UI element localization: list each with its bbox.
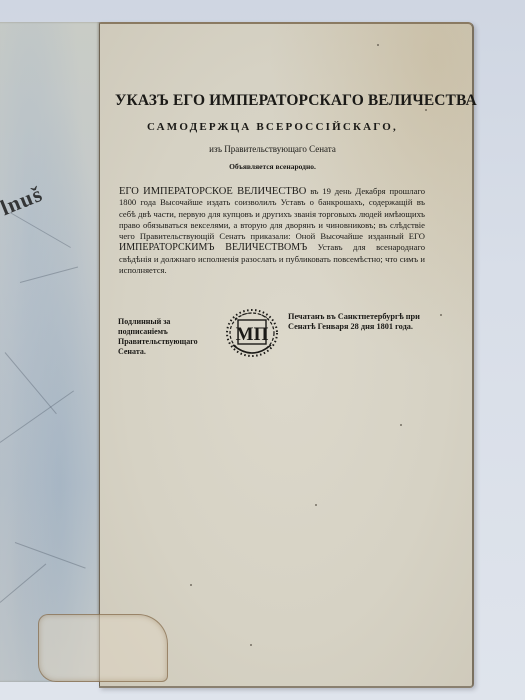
marbled-cover-page <box>0 22 100 682</box>
decree-subtitle: САМОДЕРЖЦА ВСЕРОССІЙСКАГО, <box>115 120 430 134</box>
decree-footer: Подлинный за подписаніемъ Правительствую… <box>118 305 428 365</box>
announcement-line: Объявляется всенародно. <box>115 161 430 172</box>
foxing-speck <box>190 584 192 586</box>
decree-title: УКАЗЪ ЕГО ИМПЕРАТОРСКАГО ВЕЛИЧЕСТВА <box>115 92 430 110</box>
foxing-speck <box>315 504 317 506</box>
decree-body: ЕГО ИМПЕРАТОРСКОЕ ВЕЛИЧЕСТВО въ 19 день … <box>119 186 425 276</box>
decree-text: УКАЗЪ ЕГО ИМПЕРАТОРСКАГО ВЕЛИЧЕСТВА САМО… <box>115 92 430 276</box>
marble-vein <box>15 542 86 569</box>
marble-vein <box>5 352 57 414</box>
old-tape-repair <box>38 614 168 682</box>
foxing-speck <box>250 644 252 646</box>
marble-vein <box>0 390 74 442</box>
seal-monogram: МП <box>236 324 269 345</box>
marble-vein <box>20 266 78 282</box>
original-signature-note: Подлинный за подписаніемъ Правительствую… <box>118 317 218 357</box>
marble-vein <box>10 212 71 248</box>
body-caps: ИМПЕРАТОРСКИМЪ ВЕЛИЧЕСТВОМЪ <box>119 242 307 253</box>
photo-scene: lnuš УКАЗЪ ЕГО ИМПЕРАТОРСКАГО ВЕЛИЧЕСТВА… <box>0 0 525 700</box>
body-lead: ЕГО ИМПЕРАТОРСКОЕ ВЕЛИЧЕСТВО <box>119 186 306 197</box>
foxing-speck <box>400 424 402 426</box>
foxing-speck <box>440 314 442 316</box>
foxing-speck <box>377 44 379 46</box>
marble-vein <box>0 564 46 603</box>
wreath-seal-icon: МП <box>223 305 281 361</box>
printing-note: Печатанъ въ Санктпетербургѣ при Сенатѣ Г… <box>288 312 428 333</box>
issuer-line: изъ Правительствующаго Сената <box>115 143 430 155</box>
